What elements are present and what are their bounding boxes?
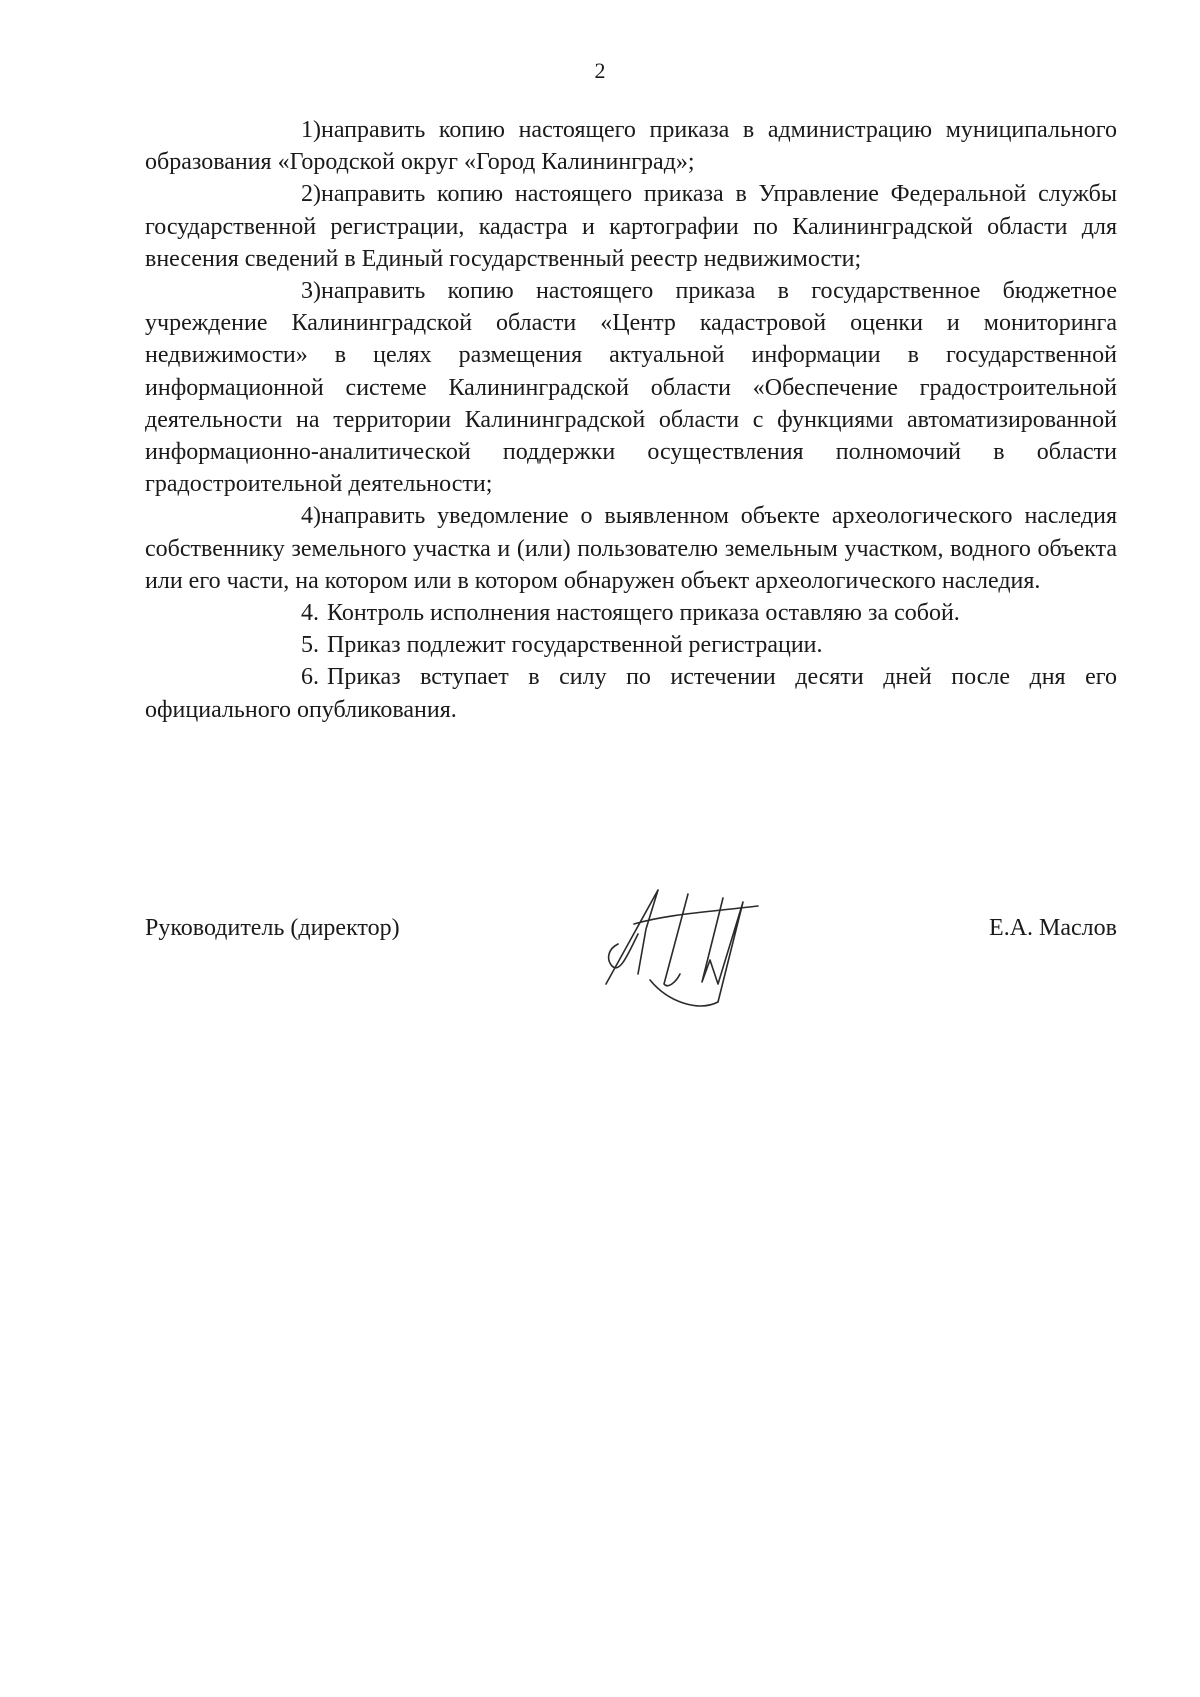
signer-name: Е.А. Маслов bbox=[989, 912, 1117, 944]
list-item-1: 1)направить копию настоящего приказа в а… bbox=[145, 114, 1117, 178]
document-body: 1)направить копию настоящего приказа в а… bbox=[145, 114, 1117, 726]
page-number: 2 bbox=[0, 58, 1200, 84]
clause-text: Контроль исполнения настоящего приказа о… bbox=[327, 600, 960, 626]
clause-number: 5. bbox=[223, 629, 319, 661]
item-number: 1) bbox=[223, 114, 321, 146]
item-number: 3) bbox=[223, 275, 321, 307]
clause-number: 4. bbox=[223, 597, 319, 629]
signer-title: Руководитель (директор) bbox=[145, 912, 400, 944]
document-page: 2 1)направить копию настоящего приказа в… bbox=[0, 0, 1200, 1697]
list-item-2: 2)направить копию настоящего приказа в У… bbox=[145, 178, 1117, 275]
item-number: 4) bbox=[223, 500, 321, 532]
clause-text: Приказ подлежит государственной регистра… bbox=[327, 632, 823, 658]
item-text: направить копию настоящего приказа в гос… bbox=[145, 278, 1117, 497]
list-item-3: 3)направить копию настоящего приказа в г… bbox=[145, 275, 1117, 500]
handwritten-signature bbox=[598, 884, 768, 1014]
clause-6: 6.Приказ вступает в силу по истечении де… bbox=[145, 661, 1117, 725]
item-number: 2) bbox=[223, 178, 321, 210]
clause-4: 4.Контроль исполнения настоящего приказа… bbox=[145, 597, 1117, 629]
list-item-4: 4)направить уведомление о выявленном объ… bbox=[145, 500, 1117, 597]
clause-number: 6. bbox=[223, 661, 319, 693]
clause-5: 5.Приказ подлежит государственной регист… bbox=[145, 629, 1117, 661]
